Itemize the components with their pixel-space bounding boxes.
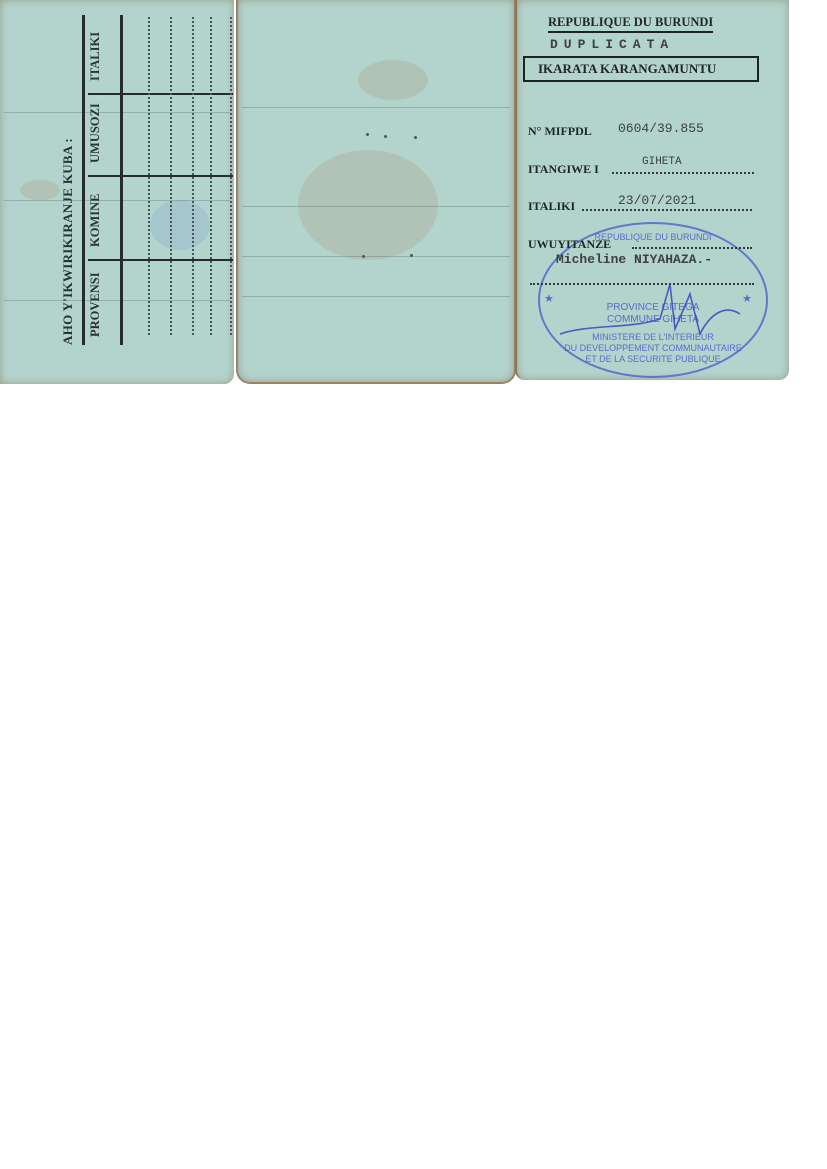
field-value-date: 23/07/2021 — [618, 193, 696, 208]
card-title: IKARATA KARANGAMUNTU — [538, 61, 716, 77]
blank-row — [230, 17, 232, 335]
table-title: AHO Y'IKWIRIKIRANJE KUBA : — [60, 138, 76, 345]
staple-hole — [366, 133, 369, 136]
divider — [120, 15, 123, 345]
dotted-line — [582, 209, 752, 211]
staple-hole — [410, 254, 413, 257]
field-label-issuer: UWUYITANZE — [528, 237, 611, 252]
card-back-panel: AHO Y'IKWIRIKIRANJE KUBA : PROVENSI KOMI… — [0, 0, 234, 384]
field-label-date: ITALIKI — [528, 199, 575, 214]
field-value-number: 0604/39.855 — [618, 121, 704, 136]
stamp-ministry-2: DU DEVELOPPEMENT COMMUNAUTAIRE — [540, 343, 766, 353]
card-middle-panel — [236, 0, 516, 384]
field-label-number: N° MIFPDL — [528, 124, 592, 139]
column-header-umusozi: UMUSOZI — [88, 103, 103, 163]
blank-row — [170, 17, 172, 335]
staple-hole — [414, 136, 417, 139]
blank-row — [192, 17, 194, 335]
staple-hole — [384, 135, 387, 138]
dotted-line — [530, 283, 754, 285]
column-header-italiki: ITALIKI — [88, 32, 103, 81]
dotted-line — [632, 247, 752, 249]
field-label-issued-at: ITANGIWE I — [528, 162, 599, 177]
blank-row — [148, 17, 150, 335]
dotted-line — [612, 172, 754, 174]
divider — [82, 15, 85, 345]
column-header-komine: KOMINE — [88, 194, 103, 247]
republic-heading: REPUBLIQUE DU BURUNDI — [548, 15, 713, 33]
duplicate-mark: DUPLICATA — [550, 37, 674, 52]
blank-row — [210, 17, 212, 335]
field-value-issued-at: GIHETA — [642, 156, 682, 168]
stamp-ministry-3: ET DE LA SECURITE PUBLIQUE — [540, 354, 766, 364]
staple-hole — [362, 255, 365, 258]
column-header-provensi: PROVENSI — [88, 272, 103, 337]
address-history-table: AHO Y'IKWIRIKIRANJE KUBA : PROVENSI KOMI… — [10, 5, 230, 385]
field-value-issuer: Micheline NIYAHAZA.- — [556, 252, 712, 267]
